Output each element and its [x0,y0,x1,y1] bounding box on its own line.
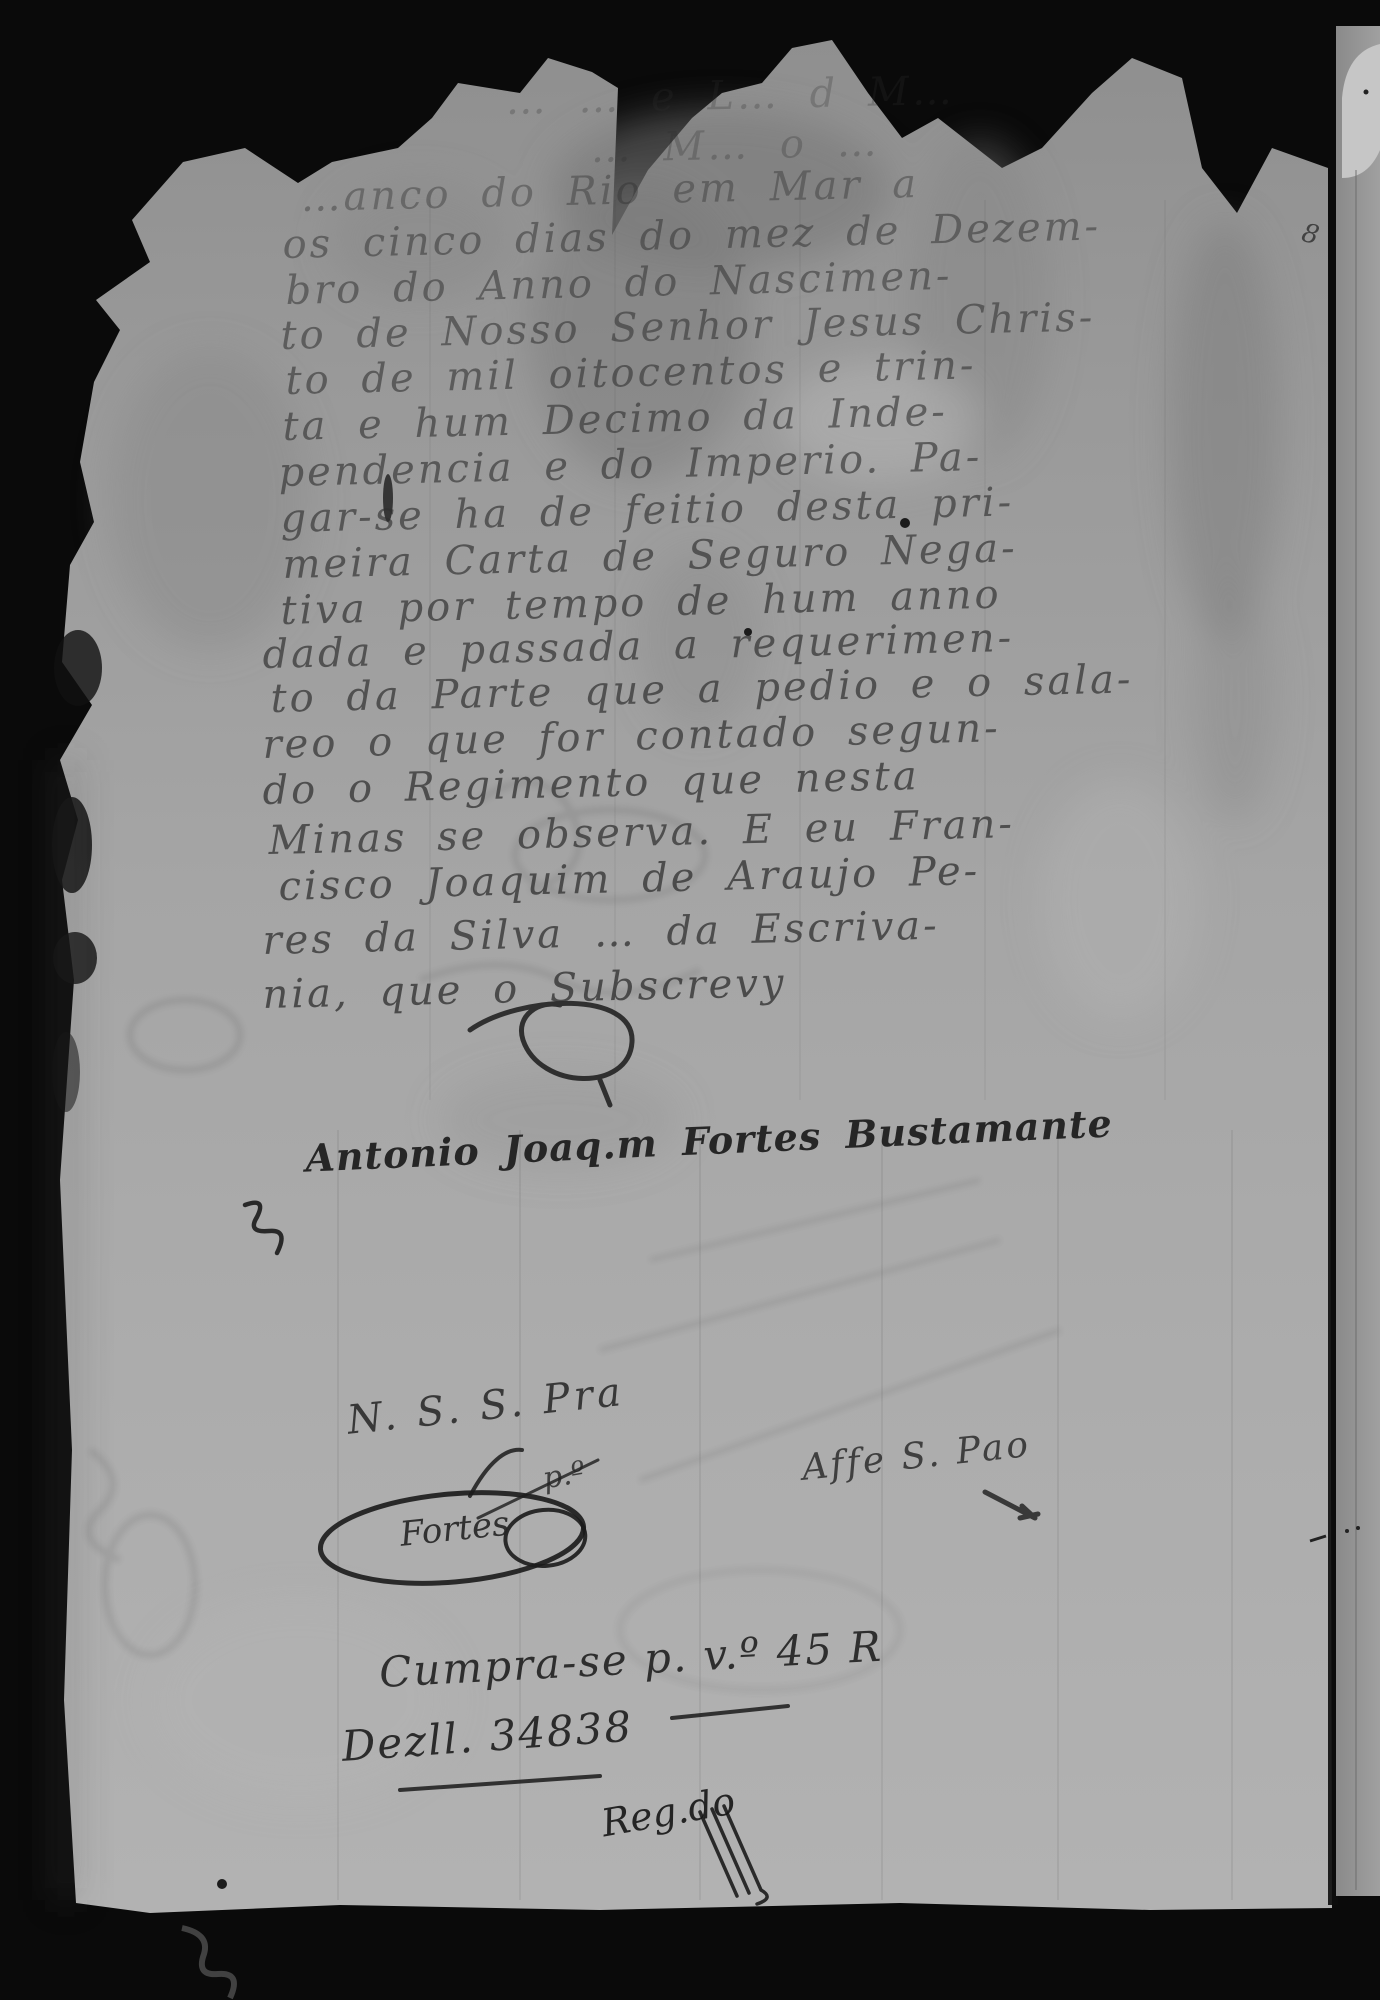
rubric-name: Fortes [398,1504,511,1555]
despacho-number: Dezll. 34838 [340,1702,635,1771]
clerk-signature: Antonio Joaq.m Fortes Bustamante [304,1100,1113,1180]
right-margin-note: Affe S. Pao [800,1424,1033,1489]
edge-page-number: 8 [1299,218,1322,251]
manuscript-signatures: Antonio Joaq.m Fortes Bustamante N. S. S… [0,0,1380,2000]
registro-mark: Reg.do [598,1779,738,1846]
left-initials-note: N. S. S. Pra [345,1369,627,1444]
cumprase-order: Cumpra-se p. v.º 45 R [378,1622,884,1697]
left-initials-subscript: p.º [540,1455,588,1497]
manuscript-scan: … … e L… d M… … M… o … …anco do Rio em M… [0,0,1380,2000]
